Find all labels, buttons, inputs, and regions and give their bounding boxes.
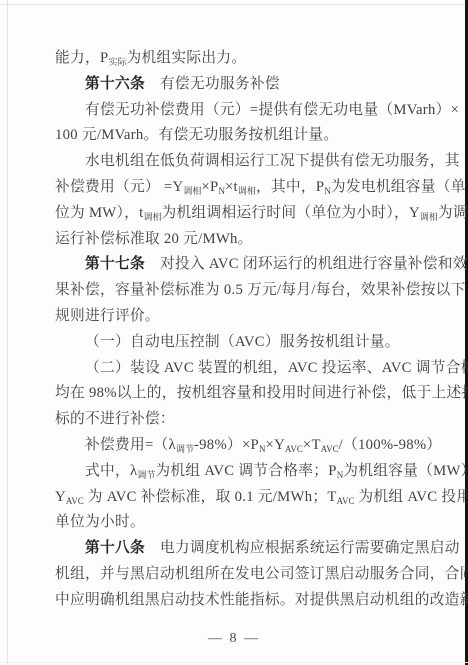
text-run: 均在 98%以上的，按机组容量和投用时间进行补偿，低于上述指	[55, 385, 468, 401]
subscript: AVC	[321, 444, 339, 454]
text-run: 式中，λ	[85, 463, 137, 479]
text-run: ×T	[303, 437, 321, 453]
text-line: 补偿费用（元） =Y调相×PN×t调相，其中，PN为发电机组容量（单	[55, 175, 435, 201]
text-run: ，其中，P	[256, 179, 324, 195]
subscript: AVC	[285, 444, 303, 454]
text-run: 电力调度机构应根据系统运行需要确定黑启动	[145, 540, 460, 556]
text-run: ×Y	[266, 437, 286, 453]
text-run: 有偿无功补偿费用（元）=提供有偿无功电量（MVarh）×	[85, 102, 459, 118]
text-line: YAVC 为 AVC 补偿标准，取 0.1 元/MWh；TAVC 为机组 AVC…	[55, 485, 435, 511]
document-page: 能力，P实际为机组实际出力。第十六条 有偿无功服务补偿有偿无功补偿费用（元）=提…	[0, 0, 468, 665]
text-run: 为机组调相运行时间（单位为小时），Y	[162, 205, 420, 221]
text-run: Y	[55, 489, 66, 505]
text-run: 为调相	[438, 205, 468, 221]
text-run: 100 元/MVarh。有偿无功服务按机组计量。	[55, 127, 338, 143]
subscript: 调节	[137, 470, 155, 480]
text-run: 对投入 AVC 闭环运行的机组进行容量补偿和效	[145, 256, 468, 272]
text-run: 为 AVC 补偿标准，取 0.1 元/MWh；T	[84, 489, 337, 505]
scan-edge-left	[7, 0, 8, 665]
subscript: 实际	[108, 57, 126, 67]
text-line: 中应明确机组黑启动技术性能指标。对提供黑启动机组的改造新	[55, 588, 435, 614]
page-number: — 8 —	[0, 631, 468, 647]
page-body: 能力，P实际为机组实际出力。第十六条 有偿无功服务补偿有偿无功补偿费用（元）=提…	[55, 46, 435, 614]
text-run: 标的不进行补偿：	[55, 411, 175, 427]
text-line: 单位为小时。	[55, 510, 435, 536]
text-run: 有偿无功服务补偿	[145, 76, 280, 92]
scan-edge-bottom	[0, 662, 468, 663]
text-run: 果补偿，容量补偿标准为 0.5 万元/每月/每台，效果补偿按以下	[55, 282, 466, 298]
text-line: 100 元/MVarh。有偿无功服务按机组计量。	[55, 123, 435, 149]
text-line: （二）装设 AVC 装置的机组，AVC 投运率、AVC 调节合格率	[55, 356, 435, 382]
text-run: ×P	[201, 179, 218, 195]
article-heading: 第十六条	[85, 76, 145, 92]
text-run: /（100%-98%）	[339, 437, 442, 453]
text-run: 为发电机组容量（单	[331, 179, 466, 195]
text-run: 运行补偿标准取 20 元/MWh。	[55, 231, 253, 247]
subscript: 调相	[143, 212, 161, 222]
text-line: 有偿无功补偿费用（元）=提供有偿无功电量（MVarh）×	[55, 98, 435, 124]
text-run: 水电机组在低负荷调相运行工况下提供有偿无功服务，其	[85, 153, 460, 169]
text-run: 为机组实际出力。	[126, 50, 246, 66]
text-run: 中应明确机组黑启动技术性能指标。对提供黑启动机组的改造新	[55, 592, 468, 608]
text-line: 规则进行评价。	[55, 304, 435, 330]
text-line: 式中，λ调节为机组 AVC 调节合格率；PN为机组容量（MW）；	[55, 459, 435, 485]
text-run: 规则进行评价。	[55, 308, 160, 324]
text-run: -98%）×P	[194, 437, 259, 453]
text-run: 为机组容量（MW）；	[343, 463, 468, 479]
text-run: 补偿费用=（λ	[85, 437, 176, 453]
text-line: 能力，P实际为机组实际出力。	[55, 46, 435, 72]
text-line: 水电机组在低负荷调相运行工况下提供有偿无功服务，其	[55, 149, 435, 175]
text-run: 为机组 AVC 调节合格率；P	[155, 463, 336, 479]
text-run: 补偿费用（元） =Y	[55, 179, 183, 195]
scan-edge-top	[0, 4, 468, 5]
subscript: 调相	[420, 212, 438, 222]
subscript: 调相	[238, 186, 256, 196]
text-line: 均在 98%以上的，按机组容量和投用时间进行补偿，低于上述指	[55, 381, 435, 407]
subscript: 调相	[183, 186, 201, 196]
text-run: 单位为小时。	[55, 514, 145, 530]
text-line: 第十六条 有偿无功服务补偿	[55, 72, 435, 98]
text-run: 为机组 AVC 投用时间，	[354, 489, 468, 505]
text-line: 位为 MW），t调相为机组调相运行时间（单位为小时），Y调相为调相	[55, 201, 435, 227]
text-line: 第十七条 对投入 AVC 闭环运行的机组进行容量补偿和效	[55, 252, 435, 278]
text-run: （二）装设 AVC 装置的机组，AVC 投运率、AVC 调节合格率	[85, 360, 468, 376]
text-line: 标的不进行补偿：	[55, 407, 435, 433]
article-heading: 第十八条	[85, 540, 145, 556]
article-heading: 第十七条	[85, 256, 145, 272]
subscript: AVC	[337, 496, 355, 506]
text-run: 机组，并与黑启动机组所在发电公司签订黑启动服务合同，合同	[55, 566, 468, 582]
subscript: 调节	[176, 444, 194, 454]
text-line: 运行补偿标准取 20 元/MWh。	[55, 227, 435, 253]
text-line: 果补偿，容量补偿标准为 0.5 万元/每月/每台，效果补偿按以下	[55, 278, 435, 304]
text-line: （一）自动电压控制（AVC）服务按机组计量。	[55, 330, 435, 356]
text-run: 位为 MW），t	[55, 205, 143, 221]
text-line: 补偿费用=（λ调节-98%）×PN×YAVC×TAVC/（100%-98%）	[55, 433, 435, 459]
text-line: 第十八条 电力调度机构应根据系统运行需要确定黑启动	[55, 536, 435, 562]
text-run: （一）自动电压控制（AVC）服务按机组计量。	[85, 334, 400, 350]
subscript: AVC	[66, 496, 84, 506]
text-run: ×t	[225, 179, 238, 195]
text-line: 机组，并与黑启动机组所在发电公司签订黑启动服务合同，合同	[55, 562, 435, 588]
text-run: 能力，P	[55, 50, 108, 66]
